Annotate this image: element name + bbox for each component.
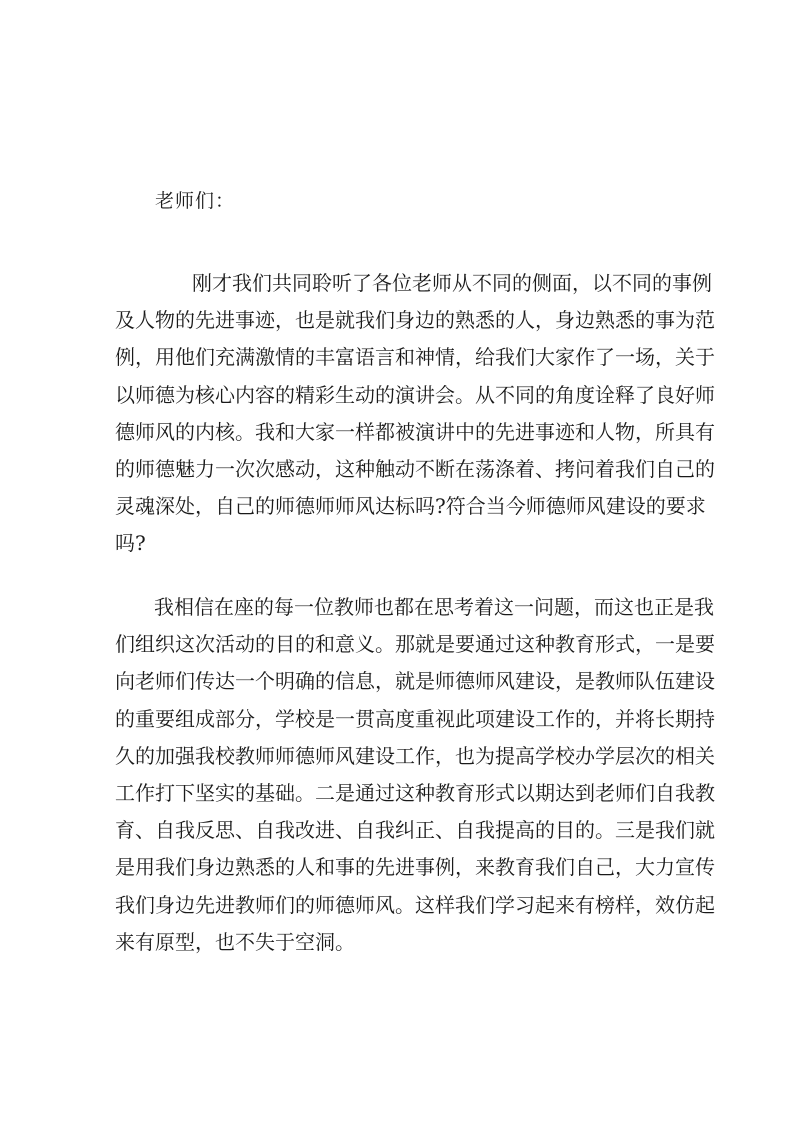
- paragraph-line: 们组织这次活动的目的和意义。那就是要通过这种教育形式，一是要: [115, 626, 679, 663]
- paragraph-line: 工作打下坚实的基础。二是通过这种教育形式以期达到老师们自我教: [115, 775, 679, 812]
- paragraph-line: 刚才我们共同聆听了各位老师从不同的侧面，以不同的事例: [115, 265, 679, 302]
- paragraph-line: 吗?: [115, 525, 679, 562]
- paragraph-line: 灵魂深处，自己的师德师师风达标吗?符合当今师德师风建设的要求: [115, 488, 679, 525]
- paragraph-line: 育、自我反思、自我改进、自我纠正、自我提高的目的。三是我们就: [115, 812, 679, 849]
- paragraph-line: 德师风的内核。我和大家一样都被演讲中的先进事迹和人物，所具有: [115, 414, 679, 451]
- paragraph-line: 例，用他们充满激情的丰富语言和神情，给我们大家作了一场，关于: [115, 339, 679, 376]
- paragraph-line: 向老师们传达一个明确的信息，就是师德师风建设，是教师队伍建设: [115, 663, 679, 700]
- paragraph-line: 以师德为核心内容的精彩生动的演讲会。从不同的角度诠释了良好师: [115, 377, 679, 414]
- paragraph-line: 是用我们身边熟悉的人和事的先进事例，来教育我们自己，大力宣传: [115, 849, 679, 886]
- paragraph-line: 我们身边先进教师们的师德师风。这样我们学习起来有榜样，效仿起: [115, 887, 679, 924]
- paragraph-line: 的重要组成部分，学校是一贯高度重视此项建设工作的，并将长期持: [115, 701, 679, 738]
- greeting: 老师们：: [155, 186, 235, 213]
- paragraph-line: 我相信在座的每一位教师也都在思考着这一问题，而这也正是我: [115, 589, 679, 626]
- paragraph-line: 来有原型，也不失于空洞。: [115, 924, 679, 961]
- paragraph-2: 我相信在座的每一位教师也都在思考着这一问题，而这也正是我 们组织这次活动的目的和…: [115, 589, 679, 961]
- paragraph-line: 久的加强我校教师师德师风建设工作，也为提高学校办学层次的相关: [115, 738, 679, 775]
- paragraph-1: 刚才我们共同聆听了各位老师从不同的侧面，以不同的事例 及人物的先进事迹，也是就我…: [115, 265, 679, 563]
- paragraph-line: 的师德魅力一次次感动，这种触动不断在荡涤着、拷问着我们自己的: [115, 451, 679, 488]
- paragraph-line: 及人物的先进事迹，也是就我们身边的熟悉的人，身边熟悉的事为范: [115, 302, 679, 339]
